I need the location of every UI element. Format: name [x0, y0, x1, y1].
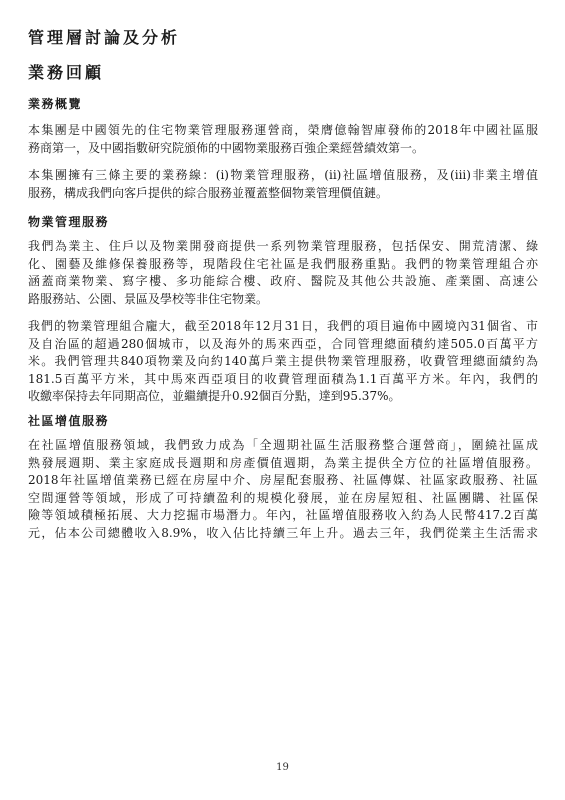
text-line: 在社區增值服務領域，我們致力成為「全週期社區生活服務整合運營商」，圍繞社區成	[28, 437, 538, 455]
text-line: 我們為業主、住戶以及物業開發商提供一系列物業管理服務，包括保安、開荒清潔、綠	[28, 238, 538, 256]
text-line: 181.5百萬平方米，其中馬來西亞項目的收費管理面積為1.1百萬平方米。年內，我…	[28, 371, 538, 389]
paragraph-overview-2: 本集團擁有三條主要的業務線：(i)物業管理服務，(ii)社區增值服務，及(iii…	[28, 167, 538, 202]
text-line: 及自治區的超過280個城市，以及海外的馬來西亞，合同管理總面積約達505.0百萬…	[28, 336, 538, 354]
text-line: 化、園藝及維修保養服務等，現階段住宅社區是我們服務重點。我們的物業管理組合亦	[28, 256, 538, 274]
paragraph-property-2: 我們的物業管理組合龐大，截至2018年12月31日，我們的項目遍佈中國境內31個…	[28, 318, 538, 406]
subsection-heading-community-value-added: 社區增值服務	[28, 412, 109, 429]
text-line: 路服務站、公園、景區及學校等非住宅物業。	[28, 291, 538, 309]
text-line: 收繳率保持去年同期高位，並繼續提升0.92個百分點，達到95.37%。	[28, 388, 538, 406]
text-line: 米。我們管理共840項物業及向約140萬戶業主提供物業管理服務，收費管理總面績約…	[28, 353, 538, 371]
text-line: 元，佔本公司總體收入8.9%，收入佔比持續三年上升。過去三年，我們從業主生活需求	[28, 525, 538, 543]
page-number: 19	[0, 762, 565, 773]
paragraph-property-1: 我們為業主、住戶以及物業開發商提供一系列物業管理服務，包括保安、開荒清潔、綠 化…	[28, 238, 538, 308]
subsection-heading-property-management: 物業管理服務	[28, 213, 109, 230]
text-line: 我們的物業管理組合龐大，截至2018年12月31日，我們的項目遍佈中國境內31個…	[28, 318, 538, 336]
text-line: 務商第一，及中國指數研究院頒佈的中國物業服務百強企業經營績效第一。	[28, 140, 538, 158]
section-title: 業務回顧	[28, 60, 104, 83]
text-line: 服務，構成我們向客戶提供的綜合服務並覆蓋整個物業管理價值鏈。	[28, 185, 538, 203]
text-line: 本集團擁有三條主要的業務線：(i)物業管理服務，(ii)社區增值服務，及(iii…	[28, 167, 538, 185]
paragraph-overview-1: 本集團是中國領先的住宅物業管理服務運營商，榮膺億翰智庫發佈的2018年中國社區服…	[28, 122, 538, 157]
text-line: 本集團是中國領先的住宅物業管理服務運營商，榮膺億翰智庫發佈的2018年中國社區服	[28, 122, 538, 140]
text-line: 空間運營等領域，形成了可持續盈利的規模化發展，並在房屋短租、社區團購、社區保	[28, 490, 538, 508]
page-title: 管理層討論及分析	[28, 25, 180, 48]
subsection-heading-business-overview: 業務概覽	[28, 95, 82, 112]
text-line: 2018年社區增值業務已經在房屋中介、房屋配套服務、社區傳媒、社區家政服務、社區	[28, 472, 538, 490]
text-line: 熟發展週期、業主家庭成長週期和房產價值週期，為業主提供全方位的社區增值服務。	[28, 455, 538, 473]
text-line: 險等領域積極拓展、大力挖掘市場潛力。年內，社區增值服務收入約為人民幣417.2百…	[28, 507, 538, 525]
paragraph-community-1: 在社區增值服務領域，我們致力成為「全週期社區生活服務整合運營商」，圍繞社區成 熟…	[28, 437, 538, 543]
text-line: 涵蓋商業物業、寫字樓、多功能綜合樓、政府、醫院及其他公共設施、產業園、高速公	[28, 273, 538, 291]
